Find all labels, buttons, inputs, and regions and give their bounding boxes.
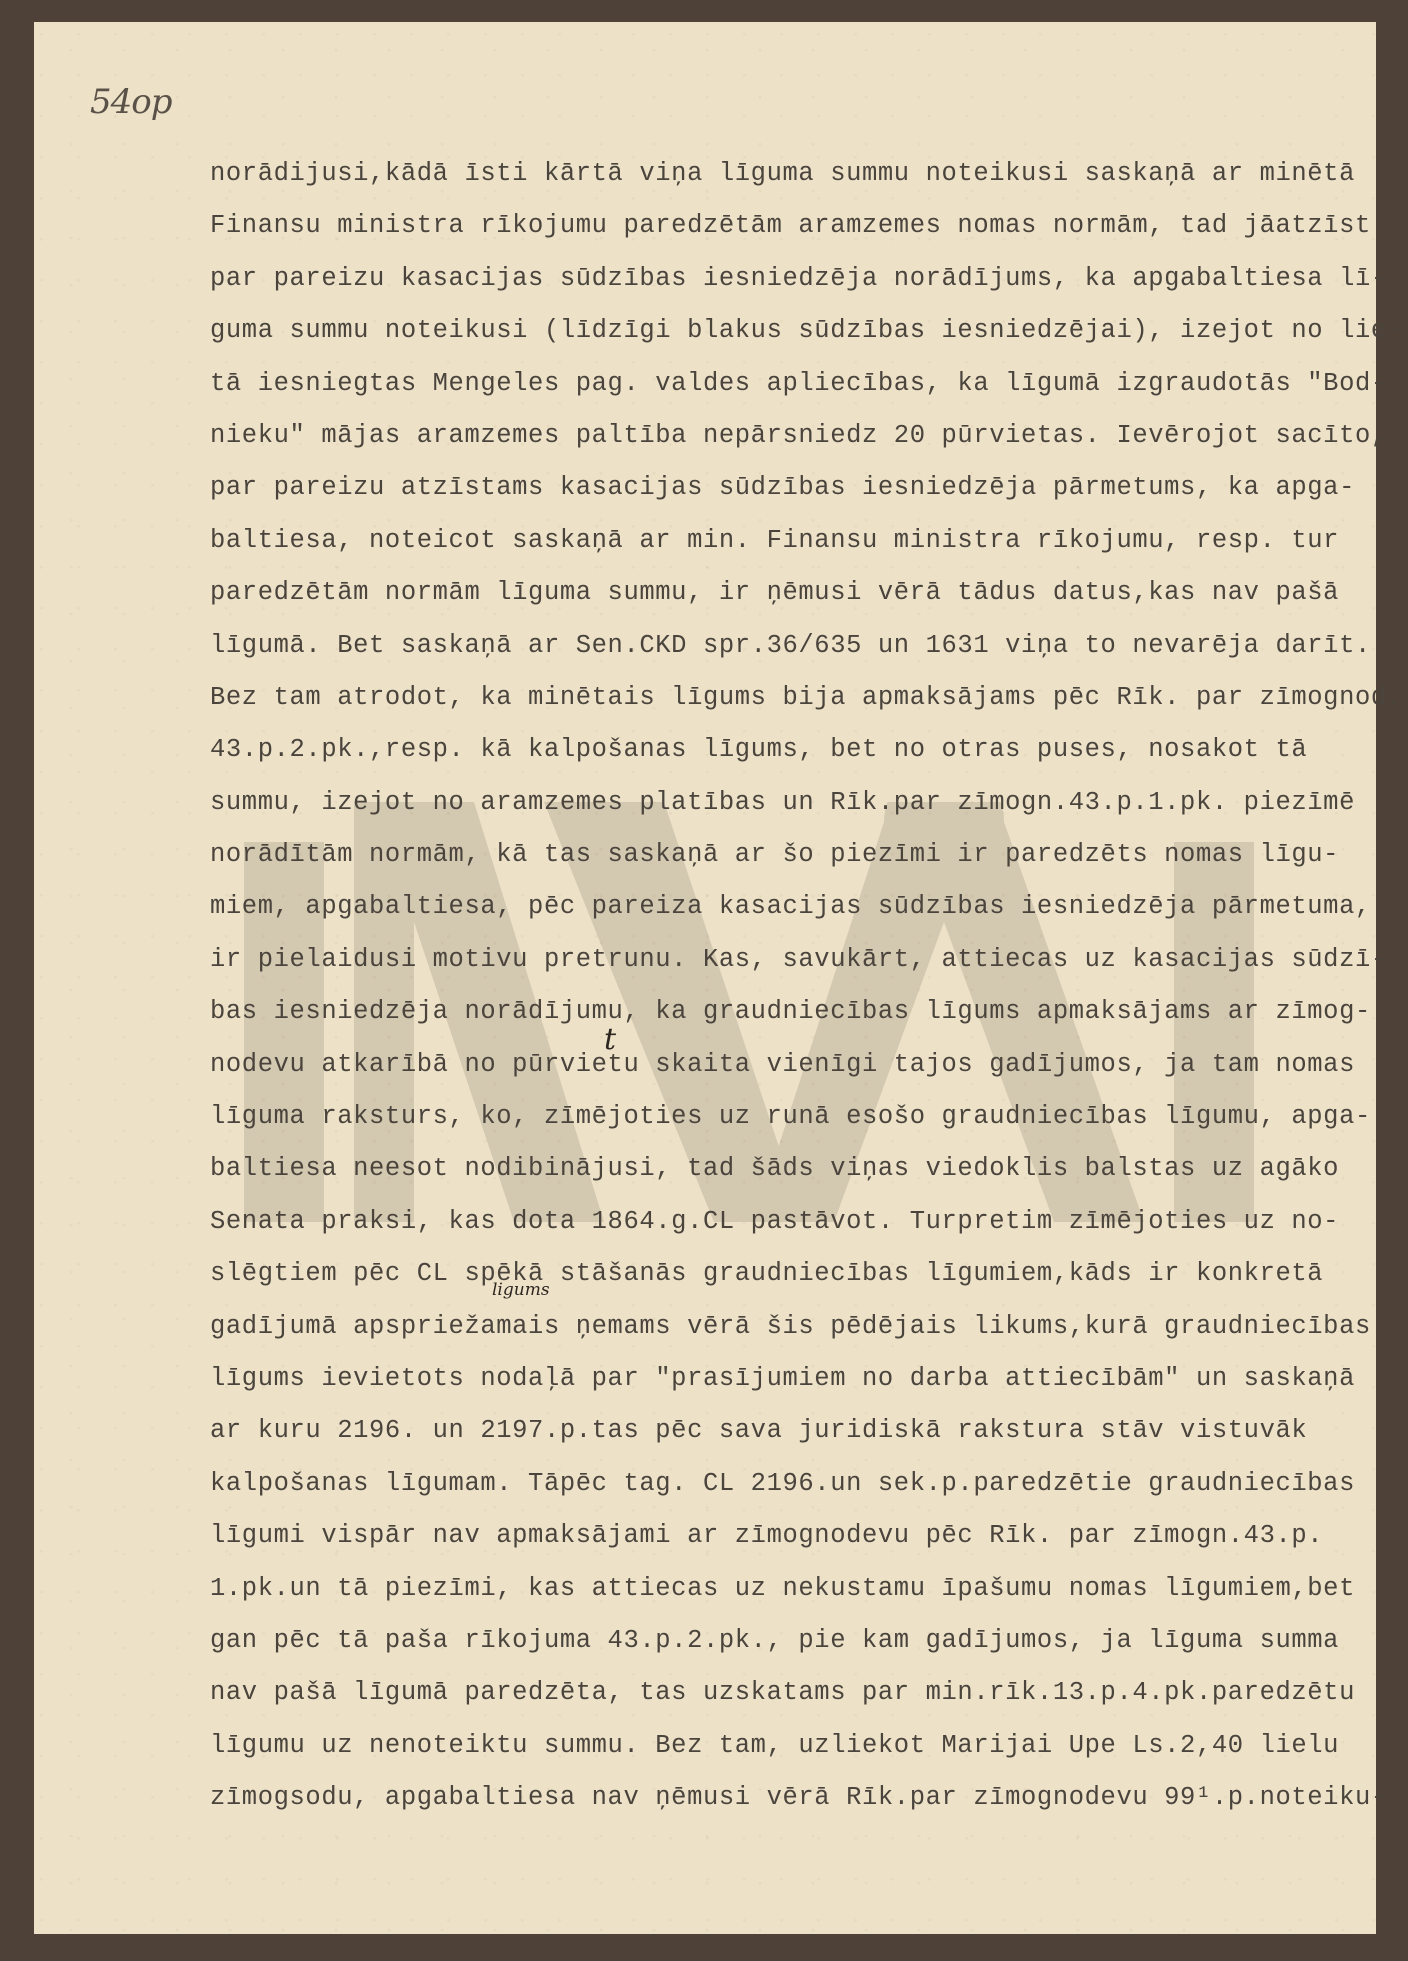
text-line: līgumā. Bet saskaņā ar Sen.CKD spr.36/63… (210, 620, 1350, 672)
text-line: par pareizu kasacijas sūdzības iesniedzē… (210, 253, 1350, 305)
text-line: norādītām normām, kā tas saskaņā ar šo p… (210, 829, 1350, 881)
text-line: Bez tam atrodot, ka minētais līgums bija… (210, 672, 1350, 724)
text-line: Finansu ministra rīkojumu paredzētām ara… (210, 200, 1350, 252)
text-line: paredzētām normām līguma summu, ir ņēmus… (210, 567, 1350, 619)
handwritten-correction: t (604, 1022, 616, 1057)
text-line: gadījumā apspriežamais ņemams vērā šis p… (210, 1301, 1350, 1353)
text-line: līgumu uz nenoteiktu summu. Bez tam, uzl… (210, 1720, 1350, 1772)
text-line: līgumi vispār nav apmaksājami ar zīmogno… (210, 1510, 1350, 1562)
text-line: baltiesa, noteicot saskaņā ar min. Finan… (210, 515, 1350, 567)
text-line: summu, izejot no aramzemes platības un R… (210, 777, 1350, 829)
text-line: Senata praksi, kas dota 1864.g.CL pastāv… (210, 1196, 1350, 1248)
handwritten-annotation: ligums (492, 1280, 550, 1300)
text-line: nieku" mājas aramzemes paltība nepārsnie… (210, 410, 1350, 462)
text-line: tā iesniegtas Mengeles pag. valdes aplie… (210, 358, 1350, 410)
folio-number: 54op (90, 82, 172, 122)
text-line: 43.p.2.pk.,resp. kā kalpošanas līgums, b… (210, 724, 1350, 776)
text-line: guma summu noteikusi (līdzīgi blakus sūd… (210, 305, 1350, 357)
typewritten-text-body: norādijusi,kādā īsti kārtā viņa līguma s… (210, 148, 1350, 1825)
text-line: miem, apgabaltiesa, pēc pareiza kasacija… (210, 881, 1350, 933)
text-line: bas iesniedzēja norādījumu, ka graudniec… (210, 986, 1350, 1038)
text-line: gan pēc tā paša rīkojuma 43.p.2.pk., pie… (210, 1615, 1350, 1667)
text-line: baltiesa neesot nodibinājusi, tad šāds v… (210, 1143, 1350, 1195)
text-line: par pareizu atzīstams kasacijas sūdzības… (210, 462, 1350, 514)
text-line: līguma raksturs, ko, zīmējoties uz runā … (210, 1091, 1350, 1143)
document-page: 54op norādijusi,kādā īsti kārtā viņa līg… (34, 22, 1376, 1934)
text-line: ir pielaidusi motivu pretrunu. Kas, savu… (210, 934, 1350, 986)
text-line: ar kuru 2196. un 2197.p.tas pēc sava jur… (210, 1405, 1350, 1457)
text-line: līgums ievietots nodaļā par "prasījumiem… (210, 1353, 1350, 1405)
text-line: norādijusi,kādā īsti kārtā viņa līguma s… (210, 148, 1350, 200)
text-line: nav pašā līgumā paredzēta, tas uzskatams… (210, 1667, 1350, 1719)
text-line: zīmogsodu, apgabaltiesa nav ņēmusi vērā … (210, 1772, 1350, 1824)
text-line: 1.pk.un tā piezīmi, kas attiecas uz neku… (210, 1563, 1350, 1615)
text-line: slēgtiem pēc CL spēkā stāšanās graudniec… (210, 1248, 1350, 1300)
text-line: kalpošanas līgumam. Tāpēc tag. CL 2196.u… (210, 1458, 1350, 1510)
text-line: nodevu atkarībā no pūrvietu skaita vienī… (210, 1039, 1350, 1091)
